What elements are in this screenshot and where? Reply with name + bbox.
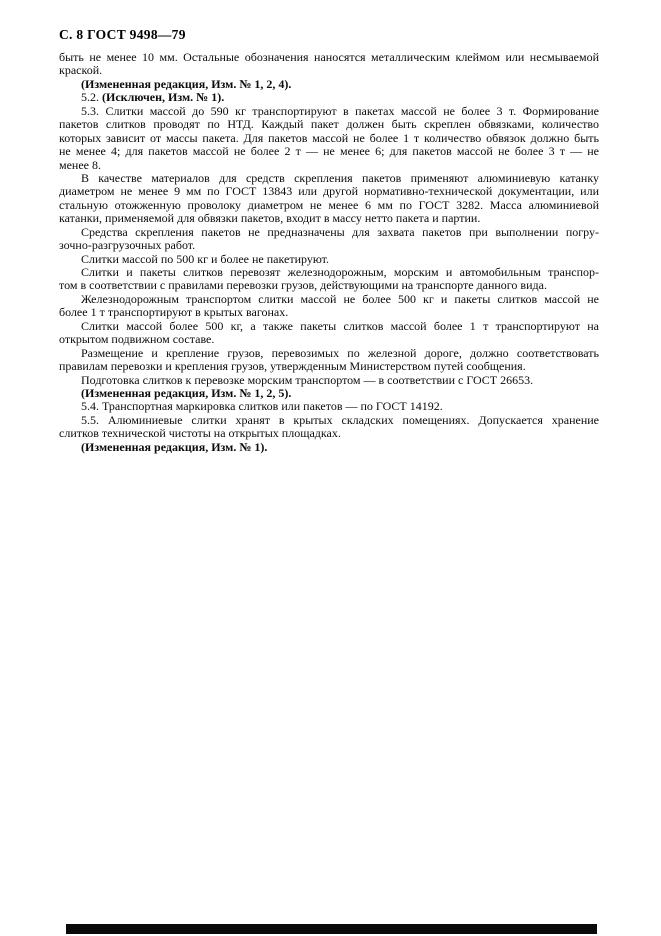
text-line: 5.3. Слитки массой до 590 кг транспортир… xyxy=(59,105,599,118)
text-run: Средства скрепления пакетов не предназна… xyxy=(81,226,599,239)
page-header: С. 8 ГОСТ 9498—79 xyxy=(59,27,186,43)
text-run: Слитки массой по 500 кг и более не пакет… xyxy=(81,253,329,266)
text-line: краской. xyxy=(59,64,599,77)
paragraph: быть не менее 10 мм. Остальные обозначен… xyxy=(59,51,599,78)
text-line: 5.4. Транспортная маркировка слитков или… xyxy=(59,400,599,413)
text-run: слитков технической чистоты на открытых … xyxy=(59,427,341,440)
text-run: быть не менее 10 мм. Остальные обозначен… xyxy=(59,51,599,64)
text-line: 5.5. Алюминиевые слитки хранят в крытых … xyxy=(59,414,599,427)
text-run: зочно-разгрузочных работ. xyxy=(59,239,195,252)
text-line: Слитки массой по 500 кг и более не пакет… xyxy=(59,253,599,266)
bold-text-run: (Измененная редакция, Изм. № 1, 2, 4). xyxy=(81,78,291,91)
text-run: открытом подвижном составе. xyxy=(59,333,214,346)
text-run: 5.3. Слитки массой до 590 кг транспортир… xyxy=(81,105,599,118)
paragraph: 5.3. Слитки массой до 590 кг транспортир… xyxy=(59,105,599,172)
text-run: стальную отожженную проволоку диаметром … xyxy=(59,199,599,212)
paragraph: Слитки и пакеты слитков перевозят железн… xyxy=(59,266,599,293)
text-run: Размещение и крепление грузов, перевозим… xyxy=(81,347,599,360)
text-run: 5.4. Транспортная маркировка слитков или… xyxy=(81,400,443,413)
text-line: открытом подвижном составе. xyxy=(59,333,599,346)
paragraph: (Измененная редакция, Изм. № 1, 2, 5). xyxy=(59,387,599,400)
paragraph: 5.5. Алюминиевые слитки хранят в крытых … xyxy=(59,414,599,441)
text-run: диаметром не менее 9 мм по ГОСТ 13843 ил… xyxy=(59,185,599,198)
paragraph: (Измененная редакция, Изм. № 1). xyxy=(59,441,599,454)
paragraph: Размещение и крепление грузов, перевозим… xyxy=(59,347,599,374)
text-line: пакетов слитков проводят по НТД. Каждый … xyxy=(59,118,599,131)
text-line: слитков технической чистоты на открытых … xyxy=(59,427,599,440)
text-line: которых зависит от массы пакета. Для пак… xyxy=(59,132,599,145)
text-run: менее 8. xyxy=(59,159,101,172)
bold-text-run: (Измененная редакция, Изм. № 1). xyxy=(81,441,267,454)
text-run: правилам перевозки и крепления грузов, у… xyxy=(59,360,526,373)
text-line: том в соответствии с правилами перевозки… xyxy=(59,279,599,292)
text-run: не менее 4; для пакетов массой не более … xyxy=(59,145,599,158)
text-line: Слитки массой более 500 кг, а также паке… xyxy=(59,320,599,333)
text-run: краской. xyxy=(59,64,102,77)
paragraph: (Измененная редакция, Изм. № 1, 2, 4). xyxy=(59,78,599,91)
document-page: С. 8 ГОСТ 9498—79 быть не менее 10 мм. О… xyxy=(0,0,661,936)
text-run: 5.2. xyxy=(81,91,102,104)
text-run: Железнодорожным транспортом слитки массо… xyxy=(81,293,599,306)
text-run: Слитки и пакеты слитков перевозят железн… xyxy=(81,266,599,279)
text-line: более 1 т транспортируют в крытых вагона… xyxy=(59,306,599,319)
paragraph: 5.2. (Исключен, Изм. № 1). xyxy=(59,91,599,104)
text-line: Железнодорожным транспортом слитки массо… xyxy=(59,293,599,306)
text-run: пакетов слитков проводят по НТД. Каждый … xyxy=(59,118,599,131)
paragraph: Подготовка слитков к перевозке морским т… xyxy=(59,374,599,387)
text-line: (Измененная редакция, Изм. № 1). xyxy=(59,441,599,454)
document-body: быть не менее 10 мм. Остальные обозначен… xyxy=(59,51,599,454)
text-line: Средства скрепления пакетов не предназна… xyxy=(59,226,599,239)
text-line: правилам перевозки и крепления грузов, у… xyxy=(59,360,599,373)
text-line: не менее 4; для пакетов массой не более … xyxy=(59,145,599,158)
text-line: зочно-разгрузочных работ. xyxy=(59,239,599,252)
text-line: менее 8. xyxy=(59,159,599,172)
text-run: В качестве материалов для средств скрепл… xyxy=(81,172,599,185)
text-line: В качестве материалов для средств скрепл… xyxy=(59,172,599,185)
text-run: Подготовка слитков к перевозке морским т… xyxy=(81,374,533,387)
text-run: катанки, применяемой для обвязки пакетов… xyxy=(59,212,480,225)
bold-text-run: (Исключен, Изм. № 1). xyxy=(102,91,224,104)
paragraph: Железнодорожным транспортом слитки массо… xyxy=(59,293,599,320)
paragraph: 5.4. Транспортная маркировка слитков или… xyxy=(59,400,599,413)
text-line: Подготовка слитков к перевозке морским т… xyxy=(59,374,599,387)
text-line: стальную отожженную проволоку диаметром … xyxy=(59,199,599,212)
text-run: более 1 т транспортируют в крытых вагона… xyxy=(59,306,288,319)
text-run: том в соответствии с правилами перевозки… xyxy=(59,279,547,292)
text-line: 5.2. (Исключен, Изм. № 1). xyxy=(59,91,599,104)
bold-text-run: (Измененная редакция, Изм. № 1, 2, 5). xyxy=(81,387,291,400)
scan-artifact-bar xyxy=(66,924,597,934)
text-line: Слитки и пакеты слитков перевозят железн… xyxy=(59,266,599,279)
text-run: 5.5. Алюминиевые слитки хранят в крытых … xyxy=(81,414,599,427)
text-run: Слитки массой более 500 кг, а также паке… xyxy=(81,320,599,333)
paragraph: Слитки массой более 500 кг, а также паке… xyxy=(59,320,599,347)
paragraph: Средства скрепления пакетов не предназна… xyxy=(59,226,599,253)
text-line: диаметром не менее 9 мм по ГОСТ 13843 ил… xyxy=(59,185,599,198)
text-line: (Измененная редакция, Изм. № 1, 2, 4). xyxy=(59,78,599,91)
text-run: которых зависит от массы пакета. Для пак… xyxy=(59,132,599,145)
text-line: Размещение и крепление грузов, перевозим… xyxy=(59,347,599,360)
text-line: быть не менее 10 мм. Остальные обозначен… xyxy=(59,51,599,64)
text-line: (Измененная редакция, Изм. № 1, 2, 5). xyxy=(59,387,599,400)
paragraph: Слитки массой по 500 кг и более не пакет… xyxy=(59,253,599,266)
paragraph: В качестве материалов для средств скрепл… xyxy=(59,172,599,226)
text-line: катанки, применяемой для обвязки пакетов… xyxy=(59,212,599,225)
